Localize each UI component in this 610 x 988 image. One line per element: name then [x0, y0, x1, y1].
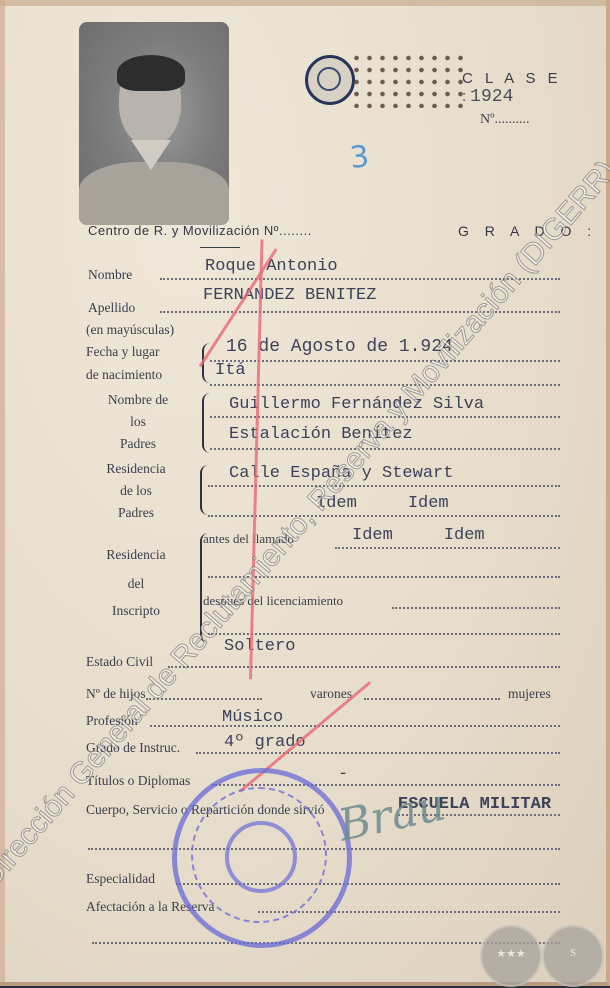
apellido-sublabel: (en mayúsculas)	[86, 322, 174, 338]
perforated-number	[350, 52, 470, 108]
varones-line	[364, 696, 500, 700]
paper-edge-left	[0, 0, 5, 982]
official-stamp	[172, 768, 352, 948]
apellido-value: FERNANDEZ BENITEZ	[203, 286, 376, 305]
despues-line-2	[208, 631, 560, 635]
centro-label: Centro de R. y Movilización Nº........	[88, 223, 312, 238]
nacimiento-label-2: de nacimiento	[86, 367, 162, 383]
estado-civil-value: Soltero	[224, 637, 295, 656]
res-padres-label-3: Padres	[76, 505, 196, 521]
clase-year: 1924	[470, 87, 513, 107]
especialidad-label: Especialidad	[86, 871, 155, 887]
grado-instruccion-line	[196, 750, 560, 754]
profesion-line	[150, 723, 560, 727]
paper-edge-top	[0, 0, 606, 6]
nombre-label: Nombre	[88, 267, 132, 283]
res-inscripto-label-1: Residencia	[76, 547, 196, 563]
res-inscripto-label-3: Inscripto	[76, 603, 196, 619]
antes-llamado-value: Idem Idem	[352, 526, 485, 545]
res-padres-label-2: de los	[76, 483, 196, 499]
lugar-nacimiento-value: Itá	[215, 361, 246, 380]
signature: Brau	[334, 779, 450, 851]
padres-label-3: Padres	[78, 436, 198, 452]
padre-value: Guillermo Fernández Silva	[229, 395, 484, 414]
portrait-photo	[79, 22, 229, 225]
archive-flag-medal-icon: S	[542, 925, 604, 987]
mujeres-label: mujeres	[508, 686, 551, 702]
red-pencil-line	[249, 239, 264, 679]
estado-civil-label: Estado Civil	[86, 654, 153, 670]
brace	[200, 465, 212, 515]
divider	[200, 245, 240, 248]
numero-label: Nº..........	[480, 112, 529, 128]
antes-line	[335, 545, 560, 549]
apellido-label: Apellido	[88, 300, 135, 316]
clase-field: C L A S E :1924	[462, 70, 606, 107]
padres-label-2: los	[78, 414, 198, 430]
handwritten-number: 3	[348, 139, 371, 176]
brace	[202, 393, 214, 453]
despues-line	[392, 605, 560, 609]
res-padres-line	[208, 483, 560, 487]
registration-card: C L A S E :1924 Nº.......... 3 Centro de…	[0, 0, 610, 986]
archive-medal-icon: ★★★	[480, 925, 542, 987]
res-inscripto-label-2: del	[76, 576, 196, 592]
padres-label-1: Nombre de	[78, 392, 198, 408]
estado-civil-line	[168, 664, 560, 668]
lugar-line	[210, 382, 560, 386]
nombre-value: Roque Antonio	[205, 257, 338, 276]
nacimiento-label-1: Fecha y lugar	[86, 344, 159, 360]
republic-seal-icon	[305, 55, 355, 105]
res-padres-label-1: Residencia	[76, 461, 196, 477]
fecha-line	[210, 358, 560, 362]
res-padres-line	[208, 513, 560, 517]
